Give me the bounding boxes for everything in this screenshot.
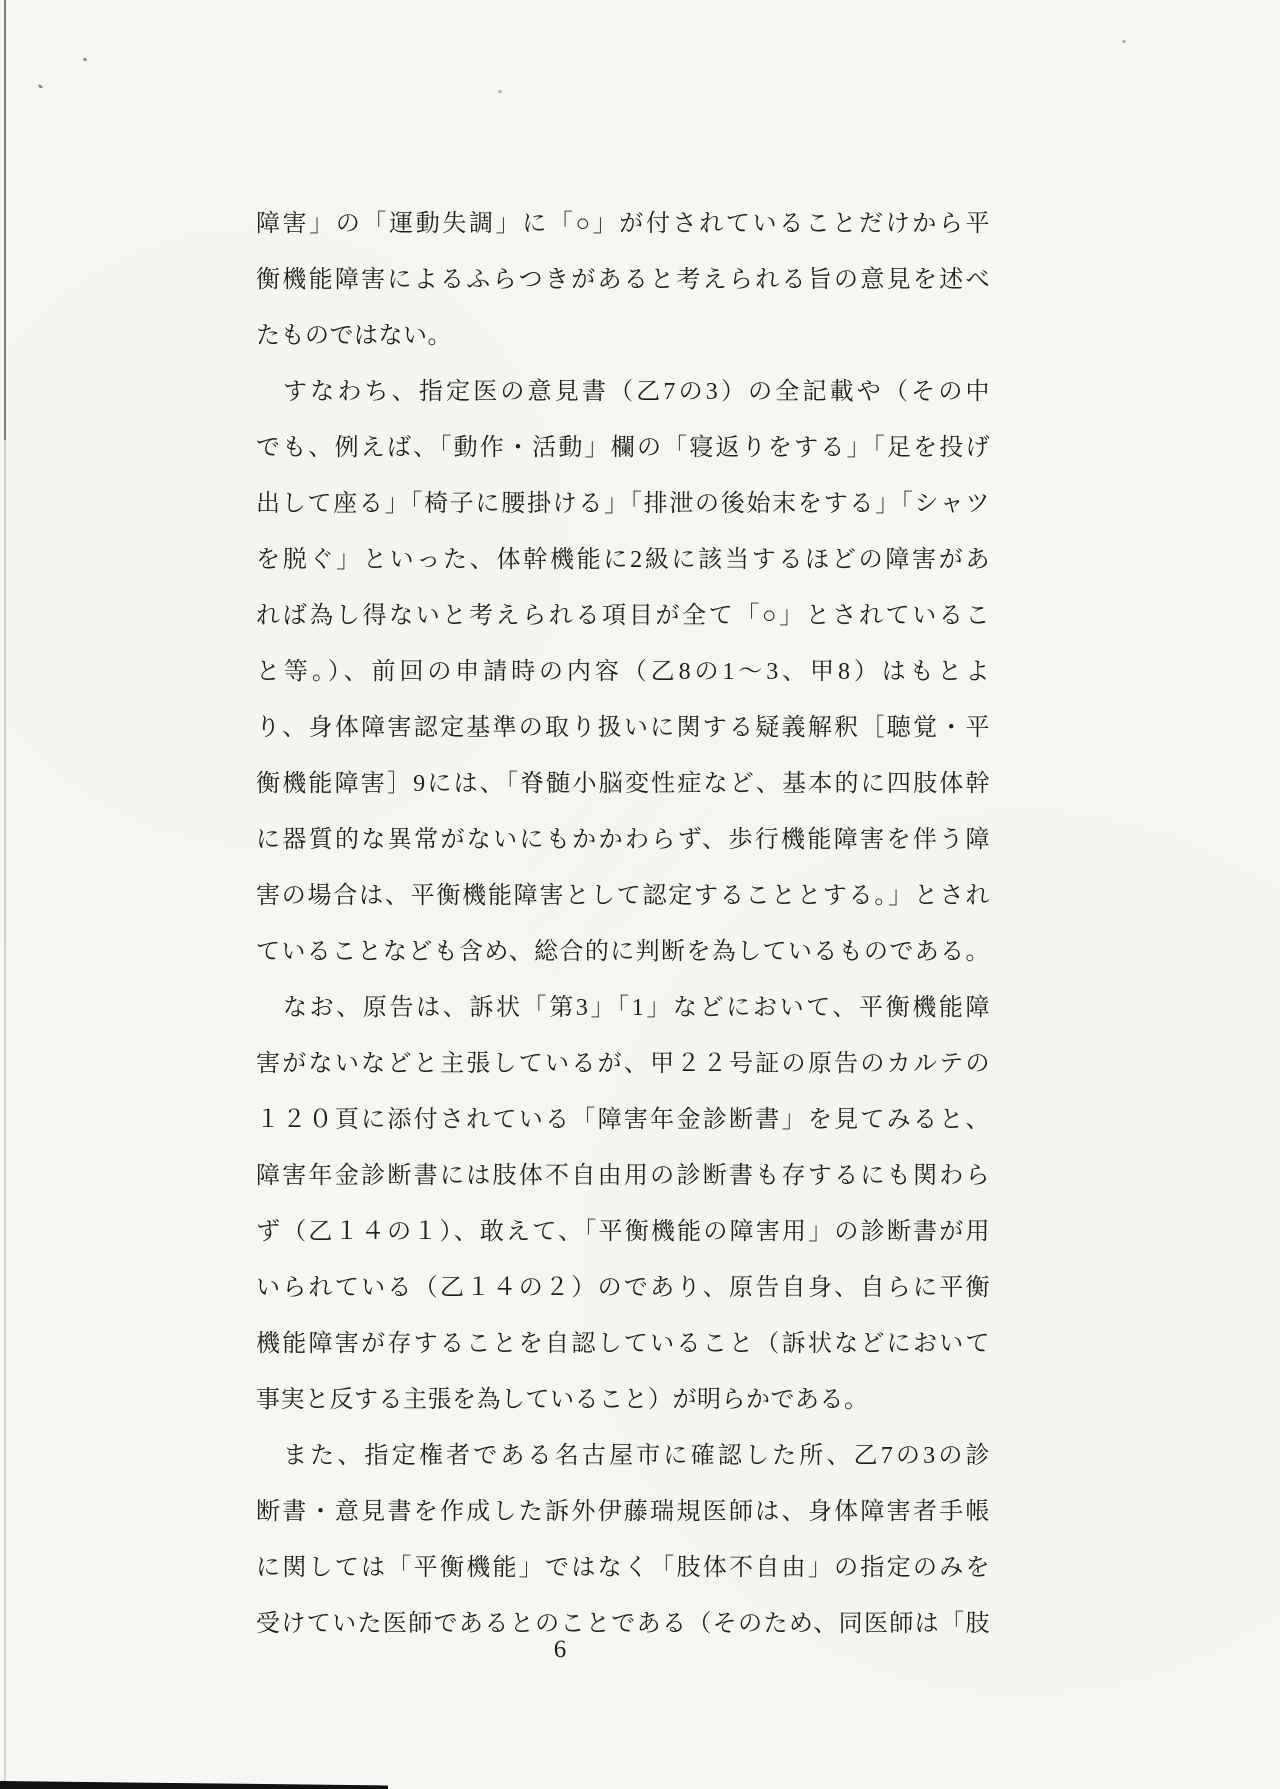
text-line: たものではない。 <box>256 308 990 364</box>
dust-speck <box>83 57 88 62</box>
document-text-block: 障害」の「運動失調」に「○」が付されていることだけから平衡機能障害によるふらつき… <box>256 196 990 1652</box>
text-line: ていることなども含め、総合的に判断を為しているものである。 <box>256 924 990 980</box>
document-page: 障害」の「運動失調」に「○」が付されていることだけから平衡機能障害によるふらつき… <box>0 0 1280 1789</box>
text-line: 機能障害が存することを自認していること（訴状などにおいて <box>256 1316 990 1372</box>
text-line: なお、原告は、訴状「第3」「1」などにおいて、平衡機能障 <box>256 980 990 1036</box>
scan-left-edge-artifact-dark <box>4 0 6 440</box>
text-line: 出して座る」「椅子に腰掛ける」「排泄の後始末をする」「シャツ <box>256 476 990 532</box>
text-line: に器質的な異常がないにもかかわらず、歩行機能障害を伴う障 <box>256 812 990 868</box>
text-line: れば為し得ないと考えられる項目が全て「○」とされているこ <box>256 588 990 644</box>
text-line: でも、例えば、「動作・活動」欄の「寝返りをする」「足を投げ <box>256 420 990 476</box>
text-line: に関しては「平衡機能」ではなく「肢体不自由」の指定のみを <box>256 1540 990 1596</box>
dust-speck <box>498 89 503 94</box>
page-number: 6 <box>460 1636 660 1664</box>
text-line: 障害年金診断書には肢体不自由用の診断書も存するにも関わら <box>256 1148 990 1204</box>
text-line: また、指定権者である名古屋市に確認した所、乙7の3の診 <box>256 1428 990 1484</box>
text-line: 害の場合は、平衡機能障害として認定することとする。」とされ <box>256 868 990 924</box>
text-line: 害がないなどと主張しているが、甲２２号証の原告のカルテの <box>256 1036 990 1092</box>
text-line: 障害」の「運動失調」に「○」が付されていることだけから平 <box>256 196 990 252</box>
text-line: ず（乙１４の１）、敢えて、「平衡機能の障害用」の診断書が用 <box>256 1204 990 1260</box>
text-line: いられている（乙１４の２）のであり、原告自身、自らに平衡 <box>256 1260 990 1316</box>
text-line: １２０頁に添付されている「障害年金診断書」を見てみると、 <box>256 1092 990 1148</box>
text-line: を脱ぐ」といった、体幹機能に2級に該当するほどの障害があ <box>256 532 990 588</box>
text-line: 断書・意見書を作成した訴外伊藤瑞規医師は、身体障害者手帳 <box>256 1484 990 1540</box>
text-line: り、身体障害認定基準の取り扱いに関する疑義解釈［聴覚・平 <box>256 700 990 756</box>
text-line: すなわち、指定医の意見書（乙7の3）の全記載や（その中 <box>256 364 990 420</box>
text-line: 衡機能障害］9には、「脊髄小脳変性症など、基本的に四肢体幹 <box>256 756 990 812</box>
text-line: 衡機能障害によるふらつきがあると考えられる旨の意見を述べ <box>256 252 990 308</box>
scan-bottom-bar-artifact <box>0 1781 388 1789</box>
dust-speck <box>1122 39 1127 44</box>
text-line: 事実と反する主張を為していること）が明らかである。 <box>256 1372 990 1428</box>
dust-speck <box>38 84 44 89</box>
text-line: と等。）、前回の申請時の内容（乙8の1～3、甲8）はもとよ <box>256 644 990 700</box>
